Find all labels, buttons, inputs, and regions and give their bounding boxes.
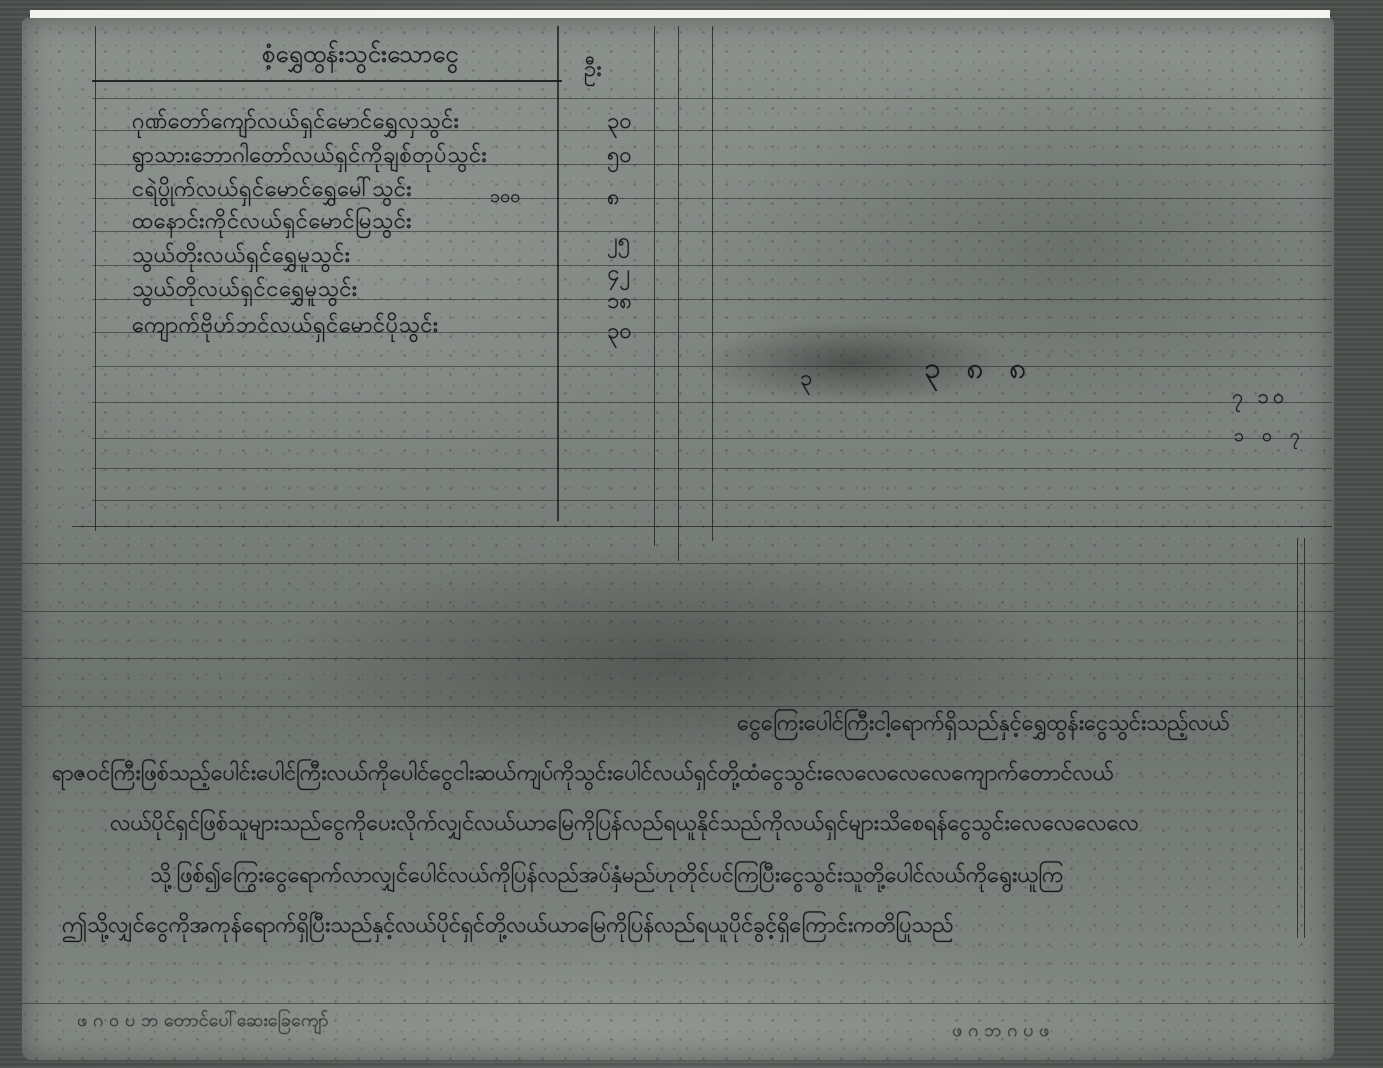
ledger-row-amount: ၂၅ — [607, 226, 630, 259]
ledger-row-label: သွယ်တိုးလယ်ရှင်ရွှေမူသွင်း — [132, 240, 351, 273]
ledger-row-label: ရွာသားဘောဂါတော်လယ်ရှင်ကိုချစ်တုပ်သွင်း — [132, 140, 487, 173]
ledger-title: စံ့ရွှေထွန်းသွင်းသောငွေ — [262, 38, 459, 74]
rule-line — [22, 706, 1334, 707]
body-text-line: ငွေကြေးပေါင်ကြီးငါ့ရောက်ရှိသည်နှင့်ရွှေထ… — [737, 708, 1337, 747]
body-text: ဤသို့လျှင်ငွေကိုအကုန်ရောက်ရှိပြီးသည်နှင့… — [62, 910, 1322, 943]
ledger-row-label: ကျောက်ဗိုဟ်ဘင်လယ်ရှင်မောင်ပိုသွင်း — [132, 310, 439, 343]
ledger-row-amount: ၃၀ — [607, 316, 632, 349]
body-text: ငွေကြေးပေါင်ကြီးငါ့ရောက်ရှိသည်နှင့်ရွှေထ… — [737, 708, 1337, 741]
ledger-left-border — [95, 26, 96, 531]
footer-faint-text: ဖ ဂ ဝ ပ ဘ တောင်ပေါ်ဆေးခြေကျော် — [77, 1008, 329, 1035]
ledger-row-amount: ၈ — [607, 182, 620, 215]
margin-mark: ၃ ၈ ၈ — [924, 348, 1034, 393]
body-text: သို့ဖြစ်၍ကြွေးငွေရောက်လာလျှင်ပေါင်လယ်ကို… — [150, 860, 1325, 893]
body-text: လယ်ပိုင်ရှင်ဖြစ်သူများသည်ငွေကိုပေးလိုက်လ… — [110, 808, 1325, 841]
ledger-row-label: ငရဲပွိုက်လယ်ရှင်မောင်ရွှေမေါ်သွင်း — [132, 174, 412, 207]
rule-line — [22, 611, 1334, 612]
ledger-bottom-line — [72, 526, 1332, 527]
column-divider — [712, 26, 713, 541]
column-divider — [678, 26, 679, 561]
amount-column-divider — [654, 26, 655, 546]
ledger-row-amount: ၅၀ — [607, 140, 632, 173]
rule-line — [22, 563, 1334, 564]
body-text: ရာဇဝင်ကြီးဖြစ်သည့်ပေါင်းပေါင်ကြီးလယ်ကိုပ… — [52, 758, 1322, 791]
ledger-title-underline — [92, 80, 562, 82]
body-text-line: ဤသို့လျှင်ငွေကိုအကုန်ရောက်ရှိပြီးသည်နှင့… — [62, 910, 1322, 949]
rule-line — [22, 1003, 1334, 1004]
amount-column-header: ဦး — [584, 54, 602, 87]
footer-faint-text: ဖ ဂ ဘ ဂ ပ ဖ — [952, 1018, 1049, 1045]
rule-line — [22, 658, 1334, 659]
margin-mark: ၃ — [800, 363, 812, 396]
margin-mark: ၇ ၁၀ — [1232, 383, 1288, 413]
body-text-line: လယ်ပိုင်ရှင်ဖြစ်သူများသည်ငွေကိုပေးလိုက်လ… — [110, 808, 1325, 847]
ledger-row-label: ထနောင်းကိုင်လယ်ရှင်မောင်မြသွင်း — [132, 206, 412, 239]
ledger-row-label: သွယ်တိုလယ်ရှင်ငရွှေမူသွင်း — [132, 274, 358, 307]
ledger-row-amount: ၃၀ — [607, 106, 632, 139]
manuscript-sheet: စံ့ရွှေထွန်းသွင်းသောငွေ ဦး ဂုဏ်တော်ကျော်… — [22, 18, 1334, 1060]
body-text-line: သို့ဖြစ်၍ကြွေးငွေရောက်လာလျှင်ပေါင်လယ်ကို… — [150, 860, 1325, 899]
margin-mark: ၁ ၀ ၇ — [1234, 423, 1306, 450]
ledger-side-note: ၁၀၀ — [490, 184, 520, 211]
ledger-column-divider — [557, 26, 559, 521]
ledger-row-amount: ၁၈ — [607, 286, 632, 319]
ledger-row-label: ဂုဏ်တော်ကျော်လယ်ရှင်မောင်ရွှေလှသွင်း — [132, 106, 459, 139]
body-text-line: ရာဇဝင်ကြီးဖြစ်သည့်ပေါင်းပေါင်ကြီးလယ်ကိုပ… — [52, 758, 1322, 797]
